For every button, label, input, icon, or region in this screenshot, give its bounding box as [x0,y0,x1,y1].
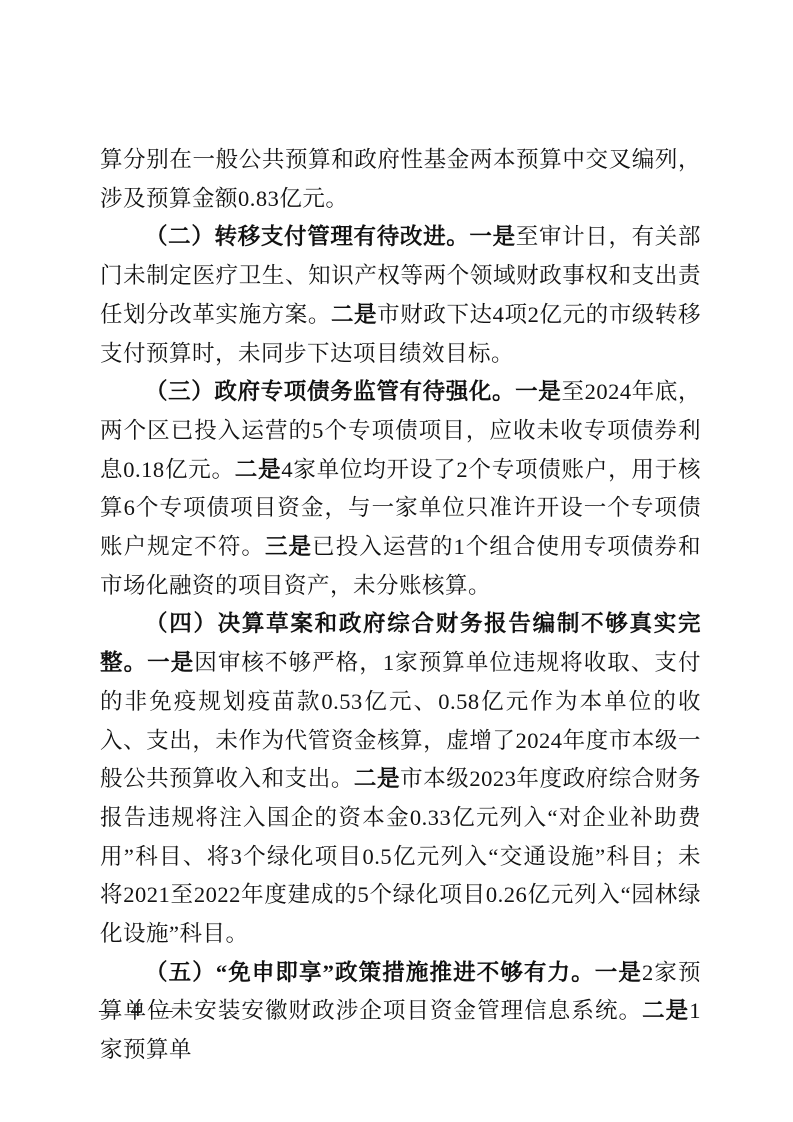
emphasis-text: 二是 [642,998,689,1023]
emphasis-text: 二是 [235,457,282,482]
document-body: 算分别在一般公共预算和政府性基金两本预算中交叉编列，涉及预算金额0.83亿元。（… [100,141,701,1070]
paragraph-item-4: （四）决算草案和政府综合财务报告编制不够真实完整。一是因审核不够严格，1家预算单… [100,605,701,953]
page-number: — 4 — [99,999,176,1021]
paragraph-continuation: 算分别在一般公共预算和政府性基金两本预算中交叉编列，涉及预算金额0.83亿元。 [100,141,701,218]
document-page: 算分别在一般公共预算和政府性基金两本预算中交叉编列，涉及预算金额0.83亿元。（… [0,0,793,1122]
emphasis-text: （二）转移支付管理有待改进。一是 [145,224,516,249]
paragraph-item-5: （五）“免申即享”政策措施推进不够有力。一是2家预算单位未安装安徽财政涉企项目资… [100,954,701,1070]
emphasis-text: 二是 [331,302,377,327]
body-text: 算分别在一般公共预算和政府性基金两本预算中交叉编列，涉及预算金额0.83亿元。 [100,147,701,211]
paragraph-item-2: （二）转移支付管理有待改进。一是至审计日，有关部门未制定医疗卫生、知识产权等两个… [100,218,701,373]
emphasis-text: 三是 [265,534,312,559]
page-footer: — 4 — [99,999,176,1022]
body-text: 市本级2023年度政府综合财务报告违规将注入国企的资本金0.33亿元列入“对企业… [100,766,701,946]
emphasis-text: 二是 [354,766,400,791]
emphasis-text: （五）“免申即享”政策措施推进不够有力。一是 [145,960,642,985]
paragraph-item-3: （三）政府专项债务监管有待强化。一是至2024年底，两个区已投入运营的5个专项债… [100,373,701,605]
emphasis-text: （三）政府专项债务监管有待强化。一是 [145,379,561,404]
